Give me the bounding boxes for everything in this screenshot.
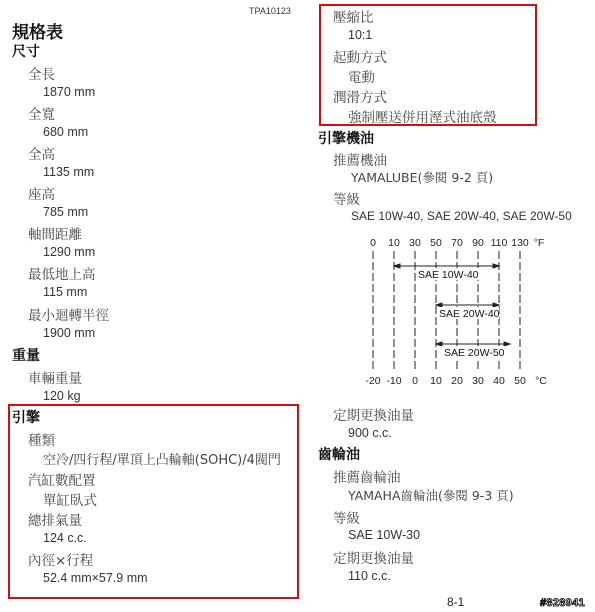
svg-text:10: 10 — [430, 375, 442, 387]
page-title: 規格表 — [12, 18, 63, 43]
spec-label: 內徑×行程 — [28, 549, 93, 569]
spec-label: 定期更換油量 — [333, 547, 414, 567]
section-heading-dimensions: 尺寸 — [12, 41, 40, 61]
spec-value: 900 c.c. — [348, 426, 392, 440]
spec-value: 1870 mm — [43, 85, 95, 99]
spec-label: 汽缸數配置 — [28, 469, 96, 489]
svg-text:130: 130 — [511, 237, 529, 249]
series-label-20w50: SAE 20W-50 — [444, 347, 505, 359]
series-label-10w40: SAE 10W-40 — [418, 269, 479, 281]
spec-value: 785 mm — [43, 205, 88, 219]
svg-text:10: 10 — [388, 237, 400, 249]
spec-value: 空冷/四行程/單頂上凸輪軸(SOHC)/4閥門 — [43, 449, 281, 468]
section-heading-weight: 重量 — [12, 345, 40, 365]
spec-label: 推薦齒輪油 — [333, 466, 401, 486]
svg-text:20: 20 — [451, 375, 463, 387]
document-code: TPA10123 — [249, 6, 291, 16]
svg-text:50: 50 — [430, 237, 442, 249]
spec-label: 全寬 — [28, 103, 55, 123]
spec-value: SAE 10W-30 — [348, 528, 420, 542]
spec-value: 1290 mm — [43, 245, 95, 259]
spec-value: 1900 mm — [43, 326, 95, 340]
svg-text:°F: °F — [534, 237, 545, 249]
spec-value: 115 mm — [43, 285, 87, 299]
spec-value: 52.4 mm×57.9 mm — [43, 571, 148, 585]
spec-label: 全長 — [28, 63, 55, 83]
spec-label: 起動方式 — [333, 46, 387, 66]
spec-value: 120 kg — [43, 389, 81, 403]
spec-label: 最小迴轉半徑 — [28, 304, 109, 324]
spec-value: YAMALUBE(參閱 9-2 頁) — [351, 168, 493, 186]
spec-value: SAE 10W-40, SAE 20W-40, SAE 20W-50 — [351, 209, 572, 223]
svg-text:°C: °C — [535, 375, 547, 387]
spec-label: 推薦機油 — [333, 149, 387, 169]
spec-label: 車輛重量 — [28, 367, 82, 387]
section-heading-engine-oil: 引擎機油 — [318, 128, 374, 148]
oil-viscosity-chart: 0 10 30 50 70 90 110 130 °F -20 -10 0 10… — [360, 232, 560, 392]
spec-label: 等級 — [333, 188, 360, 208]
section-heading-gear-oil: 齒輪油 — [318, 444, 360, 464]
section-heading-engine: 引擎 — [12, 407, 40, 427]
document-stamp: #828941 — [540, 597, 585, 609]
spec-label: 座高 — [28, 183, 55, 203]
spec-label: 總排氣量 — [28, 509, 82, 529]
spec-value: 強制壓送併用溼式油底殼 — [348, 106, 497, 126]
spec-label: 定期更換油量 — [333, 404, 414, 424]
spec-value: 110 c.c. — [348, 569, 391, 583]
svg-text:40: 40 — [493, 375, 505, 387]
spec-value: 1135 mm — [43, 165, 94, 179]
svg-text:30: 30 — [472, 375, 484, 387]
svg-text:0: 0 — [370, 237, 376, 249]
svg-text:50: 50 — [514, 375, 526, 387]
spec-label: 軸間距離 — [28, 223, 82, 243]
spec-value: 電動 — [348, 66, 375, 86]
spec-label: 潤滑方式 — [333, 86, 387, 106]
spec-label: 等級 — [333, 507, 360, 527]
page-number: 8-1 — [447, 595, 464, 609]
spec-value: 680 mm — [43, 125, 88, 139]
spec-label: 全高 — [28, 143, 55, 163]
svg-text:90: 90 — [472, 237, 484, 249]
spec-label: 種類 — [28, 429, 55, 449]
svg-text:-10: -10 — [386, 375, 401, 387]
svg-text:110: 110 — [491, 237, 508, 249]
svg-text:0: 0 — [412, 375, 418, 387]
svg-text:70: 70 — [451, 237, 463, 249]
spec-value: 單缸臥式 — [43, 489, 97, 509]
svg-text:30: 30 — [409, 237, 421, 249]
series-label-20w40: SAE 20W-40 — [439, 308, 500, 320]
spec-value: 124 c.c. — [43, 531, 87, 545]
svg-text:-20: -20 — [365, 375, 380, 387]
spec-value: YAMAHA齒輪油(參閱 9-3 頁) — [348, 486, 514, 504]
spec-label: 壓縮比 — [333, 6, 374, 26]
spec-label: 最低地上高 — [28, 263, 96, 283]
spec-value: 10:1 — [348, 28, 372, 42]
